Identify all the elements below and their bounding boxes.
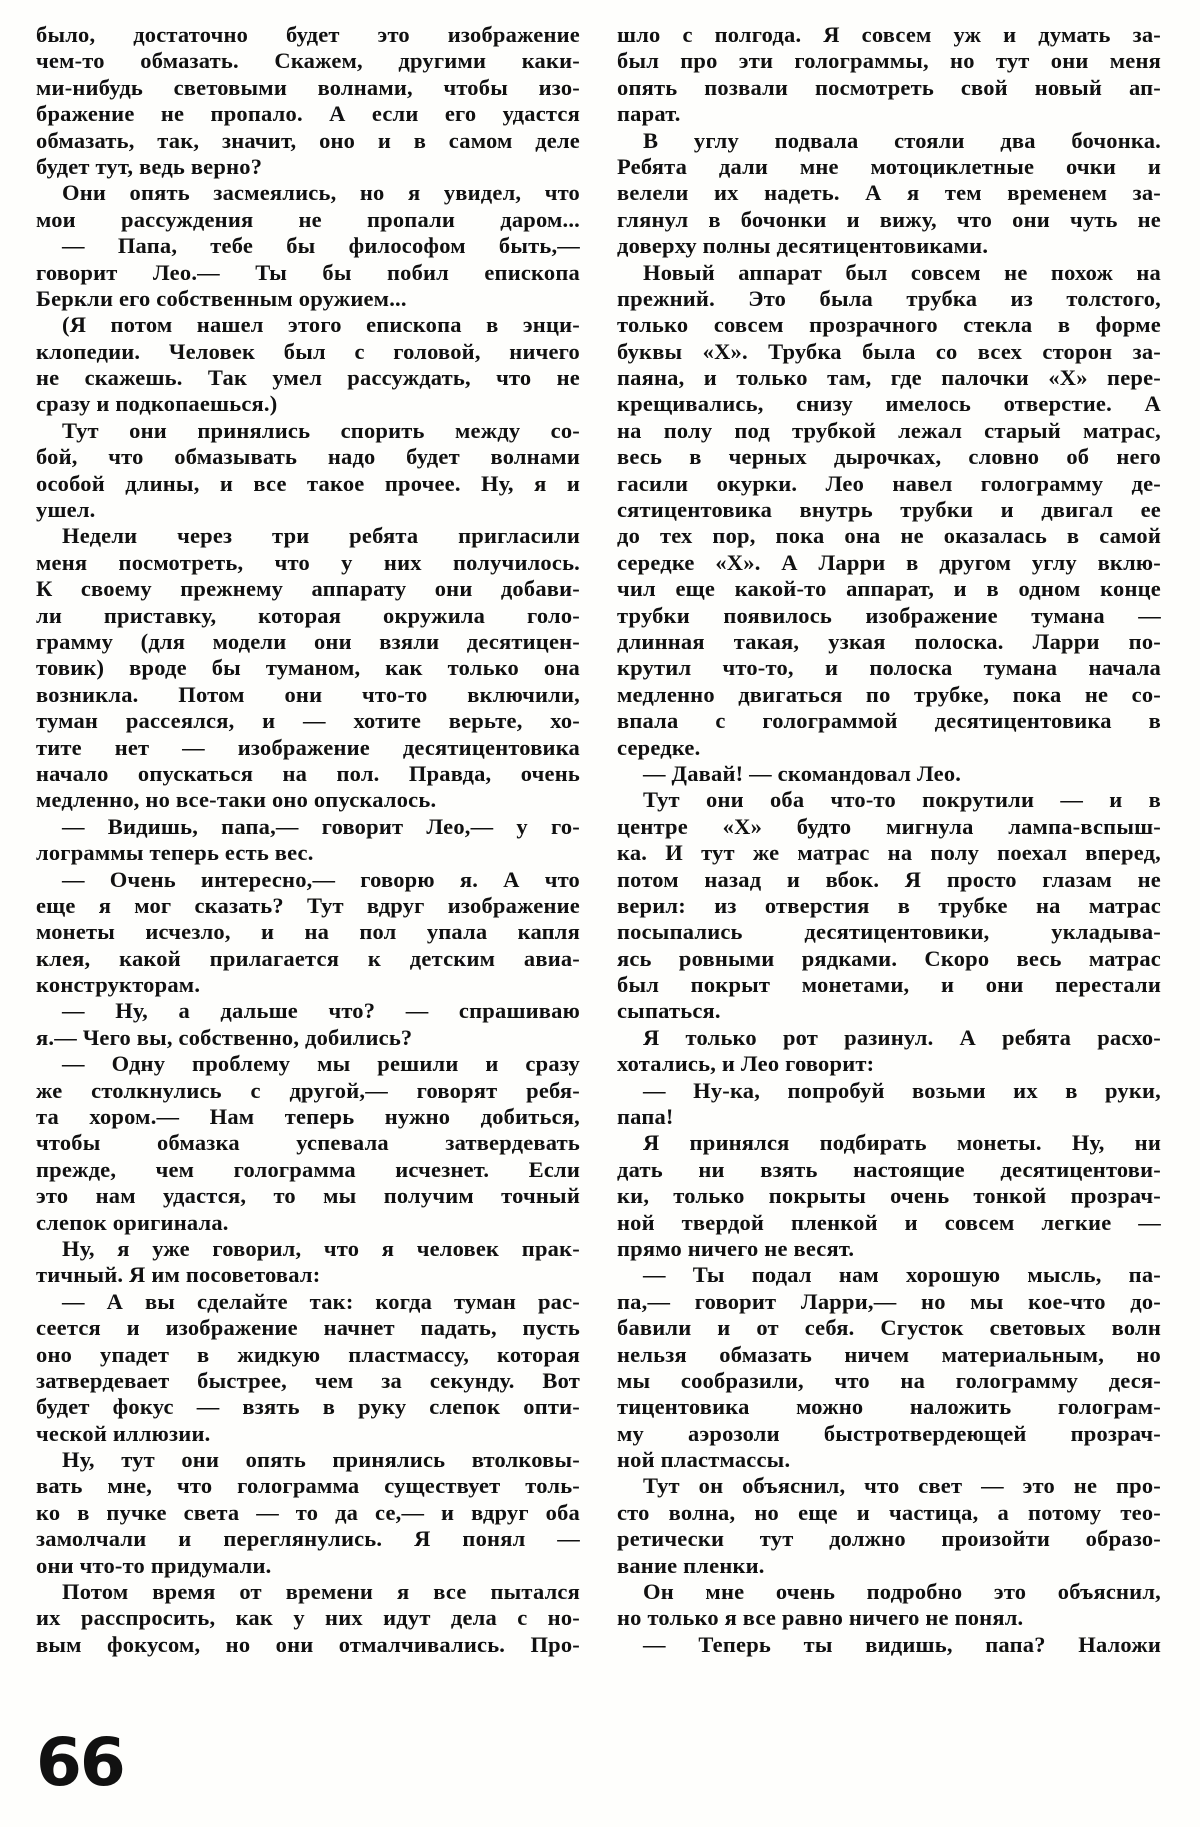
text-line: они что-то придумали. <box>36 1553 580 1579</box>
text-line: затвердевает быстрее, чем за секунду. Во… <box>36 1368 580 1394</box>
text-line: дать ни взять настоящие десятицентови- <box>617 1157 1161 1183</box>
text-line: обмазать, так, значит, оно и в самом дел… <box>36 128 580 154</box>
text-line: верил: из отверстия в трубке на матрас <box>617 893 1161 919</box>
text-line: чем-то обмазать. Скажем, другими каки- <box>36 48 580 74</box>
text-line: сто волна, но еще и частица, а потому те… <box>617 1500 1161 1526</box>
text-line: на полу под трубкой лежал старый матрас, <box>617 418 1161 444</box>
text-line: прямо ничего не весят. <box>617 1236 1161 1262</box>
text-line: грамму (для модели они взяли десятицен- <box>36 629 580 655</box>
text-line: Я только рот разинул. А ребята расхо- <box>617 1025 1161 1051</box>
text-line: (Я потом нашел этого епископа в энци- <box>36 312 580 338</box>
text-column-right: шло с полгода. Я совсем уж и думать за-б… <box>617 22 1161 1658</box>
text-line: клопедии. Человек был с головой, ничего <box>36 339 580 365</box>
text-line: тите нет — изображение десятицентовика <box>36 735 580 761</box>
text-line: будет фокус — взять в руку слепок опти- <box>36 1394 580 1420</box>
text-line: длинная такая, узкая полоска. Ларри по- <box>617 629 1161 655</box>
text-line: — А вы сделайте так: когда туман рас- <box>36 1289 580 1315</box>
text-line: глянул в бочонки и вижу, что они чуть не <box>617 207 1161 233</box>
text-line: монеты исчезло, и на пол упала капля <box>36 919 580 945</box>
text-line: будет тут, ведь верно? <box>36 154 580 180</box>
text-line: особой длины, и все такое прочее. Ну, я … <box>36 471 580 497</box>
text-line: па,— говорит Ларри,— но мы кое-что до- <box>617 1289 1161 1315</box>
text-line: говорит Лео.— Ты бы побил епископа <box>36 260 580 286</box>
text-line: мы сообразили, что на голограмму деся- <box>617 1368 1161 1394</box>
text-line: оно упадет в жидкую пластмассу, которая <box>36 1342 580 1368</box>
text-line: Ну, я уже говорил, что я человек прак- <box>36 1236 580 1262</box>
text-line: Ну, тут они опять принялись втолковы- <box>36 1447 580 1473</box>
text-line: это нам удастся, то мы получим точный <box>36 1183 580 1209</box>
text-line: их расспросить, как у них идут дела с но… <box>36 1605 580 1631</box>
text-line: — Теперь ты видишь, папа? Наложи <box>617 1632 1161 1658</box>
text-line: парат. <box>617 101 1161 127</box>
text-line: ной твердой пленкой и совсем легкие — <box>617 1210 1161 1236</box>
text-line: чил еще какой-то аппарат, и в одном конц… <box>617 576 1161 602</box>
text-line: му аэрозоли быстротвердеющей прозрач- <box>617 1421 1161 1447</box>
text-line: вание пленки. <box>617 1553 1161 1579</box>
text-line: Тут он объяснил, что свет — это не про- <box>617 1473 1161 1499</box>
text-line: — Ну, а дальше что? — спрашиваю <box>36 998 580 1024</box>
text-line: замолчали и переглянулись. Я понял — <box>36 1526 580 1552</box>
text-line: середке «Х». А Ларри в другом углу вклю- <box>617 550 1161 576</box>
text-line: бавили и от себя. Сгусток световых волн <box>617 1315 1161 1341</box>
text-line: лограммы теперь есть вес. <box>36 840 580 866</box>
text-line: туман рассеялся, и — хотите верьте, хо- <box>36 708 580 734</box>
text-line: паяна, и только там, где палочки «Х» пер… <box>617 365 1161 391</box>
text-line: слепок оригинала. <box>36 1210 580 1236</box>
text-line: не скажешь. Так умел рассуждать, что не <box>36 365 580 391</box>
text-line: опять позвали посмотреть свой новый ап- <box>617 75 1161 101</box>
text-line: был покрыт монетами, и они перестали <box>617 972 1161 998</box>
text-line: Он мне очень подробно это объяснил, <box>617 1579 1161 1605</box>
text-line: медленно, но все-таки оно опускалось. <box>36 787 580 813</box>
text-line: ной пластмассы. <box>617 1447 1161 1473</box>
text-line: К своему прежнему аппарату они добави- <box>36 576 580 602</box>
text-line: прежний. Это была трубка из толстого, <box>617 286 1161 312</box>
text-line: Они опять засмеялись, но я увидел, что <box>36 180 580 206</box>
text-line: — Ну-ка, попробуй возьми их в руки, <box>617 1078 1161 1104</box>
text-line: шло с полгода. Я совсем уж и думать за- <box>617 22 1161 48</box>
text-line: Новый аппарат был совсем не похож на <box>617 260 1161 286</box>
text-line: но только я все равно ничего не понял. <box>617 1605 1161 1631</box>
text-line: только совсем прозрачного стекла в форме <box>617 312 1161 338</box>
text-line: мои рассуждения не пропали даром... <box>36 207 580 233</box>
text-line: конструкторам. <box>36 972 580 998</box>
text-line: ка. И тут же матрас на полу поехал впере… <box>617 840 1161 866</box>
text-line: Недели через три ребята пригласили <box>36 523 580 549</box>
text-line: та хором.— Нам теперь нужно добиться, <box>36 1104 580 1130</box>
text-line: Беркли его собственным оружием... <box>36 286 580 312</box>
text-line: ми-нибудь световыми волнами, чтобы изо- <box>36 75 580 101</box>
text-line: Потом время от времени я все пытался <box>36 1579 580 1605</box>
text-line: гасили окурки. Лео навел голограмму де- <box>617 471 1161 497</box>
text-line: ко в пучке света — то да се,— и вдруг об… <box>36 1500 580 1526</box>
magazine-page: было, достаточно будет это изображениече… <box>0 0 1200 1827</box>
text-line: вать мне, что голограмма существует толь… <box>36 1473 580 1499</box>
text-line: ясь ровными рядками. Скоро весь матрас <box>617 946 1161 972</box>
text-column-left: было, достаточно будет это изображениече… <box>36 22 580 1658</box>
text-line: медленно двигаться по трубке, пока не со… <box>617 682 1161 708</box>
text-line: крещивались, снизу имелось отверстие. А <box>617 391 1161 417</box>
text-line: посыпались десятицентовики, укладыва- <box>617 919 1161 945</box>
text-line: прежде, чем голограмма исчезнет. Если <box>36 1157 580 1183</box>
text-line: сыпаться. <box>617 998 1161 1024</box>
text-line: крутил что-то, и полоска тумана начала <box>617 655 1161 681</box>
text-line: нельзя обмазать ничем материальным, но <box>617 1342 1161 1368</box>
text-line: папа! <box>617 1104 1161 1130</box>
text-line: сеется и изображение начнет падать, пуст… <box>36 1315 580 1341</box>
text-line: начало опускаться на пол. Правда, очень <box>36 761 580 787</box>
text-line: — Папа, тебе бы философом быть,— <box>36 233 580 259</box>
text-line: тицентовика можно наложить голограм- <box>617 1394 1161 1420</box>
text-line: вым фокусом, но они отмалчивались. Про- <box>36 1632 580 1658</box>
text-line: я.— Чего вы, собственно, добились? <box>36 1025 580 1051</box>
text-line: ушел. <box>36 497 580 523</box>
text-line: В углу подвала стояли два бочонка. <box>617 128 1161 154</box>
text-line: — Давай! — скомандовал Лео. <box>617 761 1161 787</box>
text-line: — Очень интересно,— говорю я. А что <box>36 867 580 893</box>
page-number: 66 <box>36 1728 124 1798</box>
text-line: ретически тут должно произойти образо- <box>617 1526 1161 1552</box>
text-line: было, достаточно будет это изображение <box>36 22 580 48</box>
text-line: возникла. Потом они что-то включили, <box>36 682 580 708</box>
text-line: тичный. Я им посоветовал: <box>36 1262 580 1288</box>
text-line: сятицентовика внутрь трубки и двигал ее <box>617 497 1161 523</box>
text-line: середке. <box>617 735 1161 761</box>
text-line: весь в черных дырочках, словно об него <box>617 444 1161 470</box>
text-line: бражение не пропало. А если его удастся <box>36 101 580 127</box>
text-line: меня посмотреть, что у них получилось. <box>36 550 580 576</box>
text-line: центре «Х» будто мигнула лампа-вспыш- <box>617 814 1161 840</box>
text-line: — Видишь, папа,— говорит Лео,— у го- <box>36 814 580 840</box>
text-line: Я принялся подбирать монеты. Ну, ни <box>617 1130 1161 1156</box>
text-line: велели их надеть. А я тем временем за- <box>617 180 1161 206</box>
text-line: Тут они принялись спорить между со- <box>36 418 580 444</box>
text-line: товик) вроде бы туманом, как только она <box>36 655 580 681</box>
text-line: был про эти голограммы, но тут они меня <box>617 48 1161 74</box>
text-line: сразу и подкопаешься.) <box>36 391 580 417</box>
text-line: буквы «Х». Трубка была со всех сторон за… <box>617 339 1161 365</box>
text-line: хотались, и Лео говорит: <box>617 1051 1161 1077</box>
text-line: до тех пор, пока она не оказалась в само… <box>617 523 1161 549</box>
text-line: потом назад и вбок. Я просто глазам не <box>617 867 1161 893</box>
text-line: доверху полны десятицентовиками. <box>617 233 1161 259</box>
text-line: Тут они оба что-то покрутили — и в <box>617 787 1161 813</box>
text-line: трубки появилось изображение тумана — <box>617 603 1161 629</box>
text-line: чтобы обмазка успевала затвердевать <box>36 1130 580 1156</box>
text-line: клея, какой прилагается к детским авиа- <box>36 946 580 972</box>
text-line: бой, что обмазывать надо будет волнами <box>36 444 580 470</box>
text-line: впала с голограммой десятицентовика в <box>617 708 1161 734</box>
text-line: — Одну проблему мы решили и сразу <box>36 1051 580 1077</box>
text-line: же столкнулись с другой,— говорят ребя- <box>36 1078 580 1104</box>
text-line: ли приставку, которая окружила голо- <box>36 603 580 629</box>
text-line: еще я мог сказать? Тут вдруг изображение <box>36 893 580 919</box>
text-line: — Ты подал нам хорошую мысль, па- <box>617 1262 1161 1288</box>
text-line: ческой иллюзии. <box>36 1421 580 1447</box>
text-line: ки, только покрыты очень тонкой прозрач- <box>617 1183 1161 1209</box>
text-line: Ребята дали мне мотоциклетные очки и <box>617 154 1161 180</box>
